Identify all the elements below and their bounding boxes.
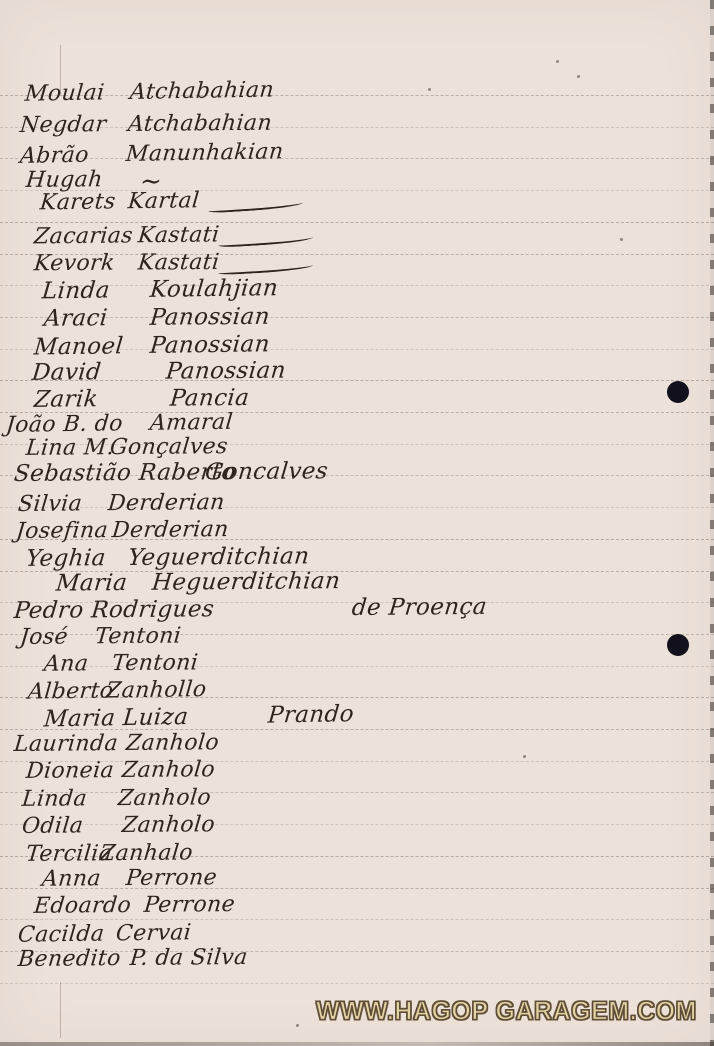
first-name: João B. do — [5, 411, 124, 438]
last-name: Zanhalo — [99, 840, 194, 866]
first-name: Zacarias — [33, 223, 134, 249]
first-name: Moulai — [24, 80, 106, 106]
paper-speck — [556, 60, 559, 63]
last-name: Yeguerditchian — [127, 543, 311, 571]
first-name: Alberto — [27, 678, 115, 704]
paper-speck — [296, 1024, 299, 1027]
first-name: Yeghia — [25, 545, 107, 572]
first-name: Benedito — [17, 946, 122, 972]
last-name: Zanholo — [121, 757, 216, 783]
paper-speck — [577, 75, 580, 78]
last-name: Derderian — [111, 517, 230, 543]
last-name: Panossian — [165, 358, 287, 385]
last-name: Amaral — [149, 410, 234, 436]
last-name: Zanhollo — [105, 677, 208, 703]
first-name: Odila — [21, 813, 85, 839]
first-name: Silvia — [17, 491, 84, 517]
last-name: Zanholo — [125, 730, 220, 756]
first-name: Negdar — [19, 112, 108, 138]
first-name: Laurinda — [13, 731, 119, 757]
ruled-line — [0, 983, 714, 984]
paper-speck — [428, 88, 431, 91]
hole-punch — [667, 381, 689, 403]
last-name: Goncalves — [204, 458, 330, 485]
last-name: Heguerditchian — [151, 568, 342, 596]
first-name: Zarik — [33, 386, 99, 413]
last-name: Derderian — [107, 490, 226, 516]
scan-bottom-edge — [0, 1042, 714, 1046]
last-name: Atchabahian — [127, 111, 273, 137]
last-name: P. da Silva — [129, 945, 249, 971]
last-name: Atchabahian — [129, 77, 275, 105]
last-name: Tentoni — [94, 624, 183, 650]
last-name: Tentoni — [111, 650, 200, 676]
handwritten-name-row: Sebastião RabertoGoncalves — [0, 455, 714, 491]
handwritten-name-row: MoulaiAtchabahian — [0, 70, 714, 112]
last-name: Perrone — [125, 865, 219, 891]
last-name: Kastati — [137, 222, 221, 248]
hole-punch — [667, 634, 689, 656]
handwritten-name-row: BeneditoP. da Silva — [0, 941, 714, 977]
last-name: Manunhakian — [125, 139, 285, 167]
last-name: Perrone — [143, 892, 237, 918]
last-name: Zanholo — [121, 812, 216, 838]
first-name: Linda — [41, 277, 111, 304]
first-name: José — [19, 625, 69, 650]
first-name: Pedro Rodrigues — [13, 596, 216, 624]
watermark-text: WWW.HAGOP GARAGEM.COM — [316, 996, 697, 1026]
scan-right-edge — [710, 0, 714, 1046]
first-name: Karets — [39, 189, 117, 215]
first-name: David — [31, 359, 103, 386]
last-name: Kastati — [137, 250, 221, 276]
paper-speck — [620, 238, 623, 241]
first-name: Cacilda — [17, 922, 106, 948]
first-name: Anna — [41, 866, 102, 892]
first-name: Linda — [21, 786, 88, 812]
signature-flourish — [218, 262, 313, 276]
first-name: Josefina — [15, 518, 109, 544]
first-name: Abrão — [19, 143, 90, 169]
last-name: de Proença — [351, 594, 488, 621]
last-name: Pancia — [169, 385, 251, 412]
margin-line — [60, 982, 61, 1038]
signature-flourish — [208, 199, 303, 213]
first-name: Kevork — [33, 251, 116, 277]
first-name: Maria Luiza — [43, 704, 190, 733]
last-name: Gonçalves — [109, 434, 229, 460]
first-name: Maria — [55, 570, 129, 597]
first-name: Manoel — [33, 333, 125, 360]
signature-flourish — [218, 234, 313, 248]
first-name: Ana — [43, 651, 90, 676]
last-name: Kartal — [127, 188, 201, 214]
last-name: Koulahjian — [149, 275, 279, 303]
first-name: Dioneia — [25, 758, 115, 784]
first-name: Edoardo — [33, 893, 133, 919]
first-name: Araci — [43, 305, 109, 332]
paper-speck — [523, 755, 526, 758]
last-name: Cervai — [115, 920, 193, 946]
scanned-document-page: MoulaiAtchabahianNegdarAtchabahianAbrãoM… — [0, 0, 714, 1046]
last-name: Prando — [267, 701, 355, 729]
last-name: Panossian — [149, 331, 271, 359]
last-name: Zanholo — [117, 785, 212, 811]
last-name: Panossian — [149, 304, 271, 331]
first-name: Lina M. — [25, 435, 116, 461]
